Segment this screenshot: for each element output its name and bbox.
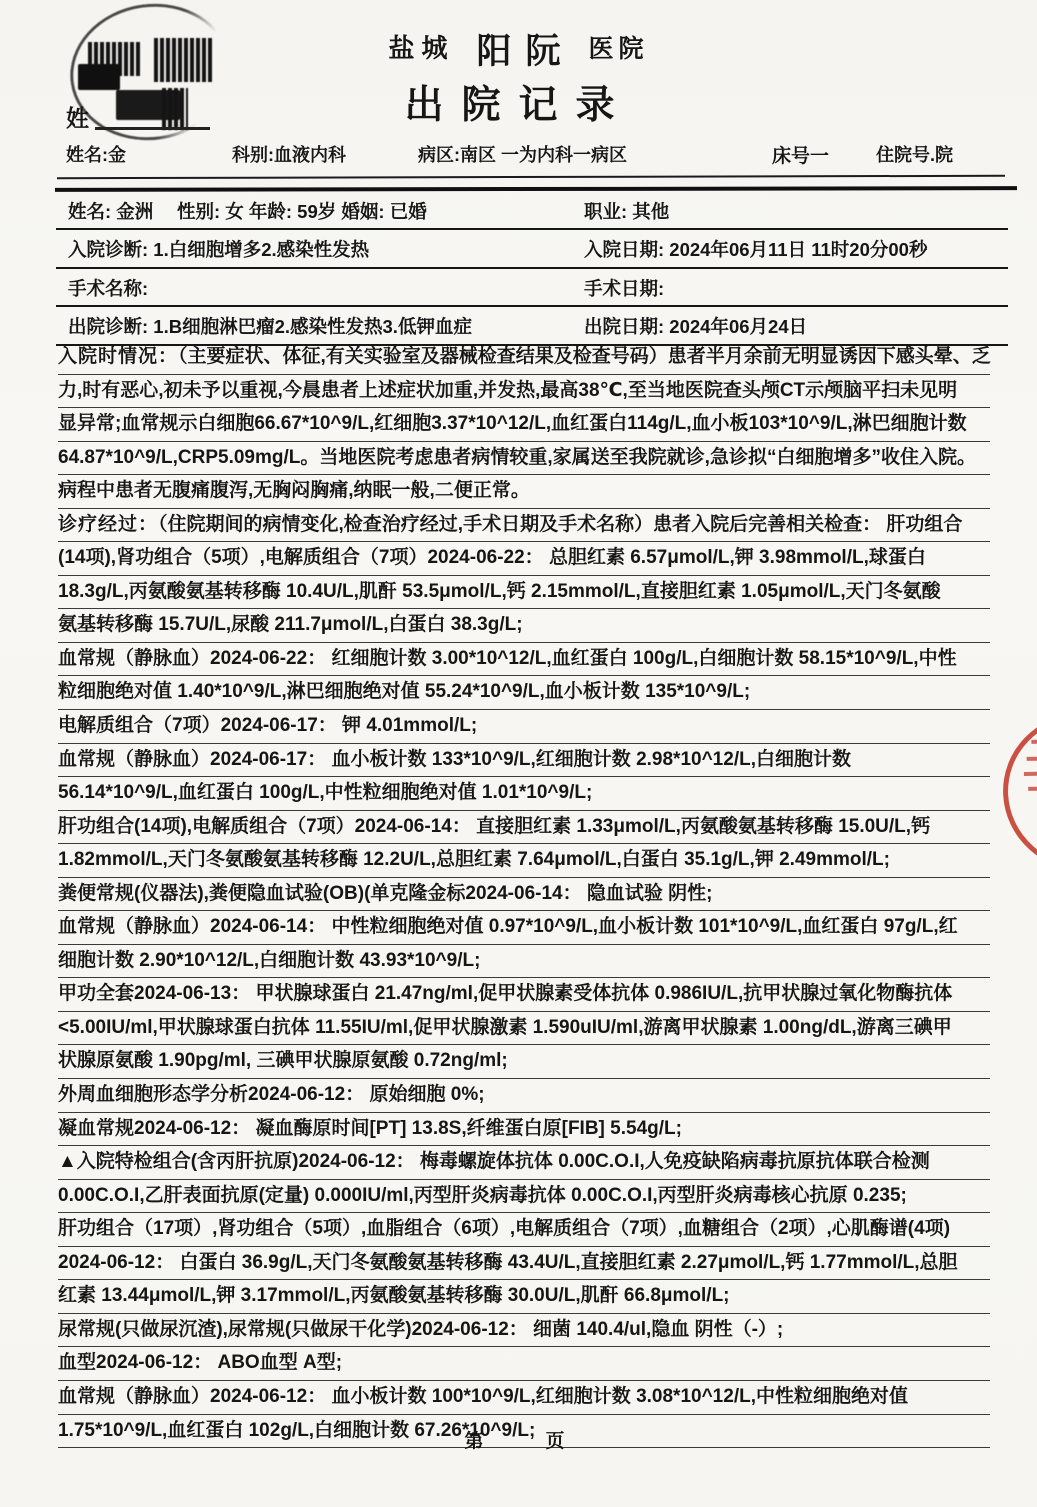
hospital-city: 盐城 [388, 33, 454, 63]
line-text: 显异常;血常规示白细胞66.67*10^9/L,红细胞3.37*10^12/L,… [58, 413, 967, 434]
line-text: 血常规（静脉血）2024-06-17： 血小板计数 133*10^9/L,红细胞… [58, 749, 851, 770]
line-text: 粒细胞绝对值 1.40*10^9/L,淋巴细胞绝对值 55.24*10^9/L,… [58, 681, 750, 702]
body-line: 1.82mmol/L,天门冬氨酸氨基转移酶 12.2U/L,总胆红素 7.64μ… [58, 844, 990, 878]
hospital-suffix: 医院 [589, 35, 649, 63]
hospital-middle: 阳阮 [476, 32, 574, 71]
body-line: 细胞计数 2.90*10^12/L,白细胞计数 43.93*10^9/L; [58, 945, 990, 979]
body-line: 0.00C.O.I,乙肝表面抗原(定量) 0.000IU/ml,丙型肝炎病毒抗体… [58, 1180, 990, 1214]
body-line: 氨基转移酶 15.7U/L,尿酸 211.7μmol/L,白蛋白 38.3g/L… [58, 609, 990, 643]
body-line: 凝血常规2024-06-12： 凝血酶原时间[PT] 13.8S,纤维蛋白原[F… [58, 1113, 990, 1147]
red-stamp-marks [1027, 756, 1037, 760]
patient-info-table: 姓名: 金洲 性别: 女 年龄: 59岁 婚姻: 已婚职业: 其他入院诊断: 1… [56, 192, 1008, 346]
table-cell-right: 入院日期: 2024年06月11日 11时20分00秒 [584, 236, 927, 262]
line-text: 力,时有恶心,初未予以重视,今晨患者上述症状加重,并发热,最高38℃,至当地医院… [58, 380, 957, 401]
body-line: <5.00IU/ml,甲状腺球蛋白抗体 11.55IU/ml,促甲状腺激素 1.… [58, 1012, 990, 1046]
line-text: 1.82mmol/L,天门冬氨酸氨基转移酶 12.2U/L,总胆红素 7.64μ… [58, 849, 890, 870]
discharge-record-page: 姓 盐城阳阮医院 出院记录 姓名:金 科别:血液内科 病区:南区 一为内科一病区… [0, 0, 1037, 1507]
body-line: 病程中患者无腹痛腹泻,无胸闷胸痛,纳眠一般,二便正常。 [58, 475, 990, 509]
line-text: 血常规（静脉血）2024-06-22： 红细胞计数 3.00*10^12/L,血… [58, 648, 957, 669]
body-line: 电解质组合（7项）2024-06-17： 钾 4.01mmol/L; [58, 710, 990, 744]
table-cell-left: 出院诊断: 1.B细胞淋巴瘤2.感染性发热3.低钾血症 [68, 313, 472, 339]
header-bed-field: 床号一 [772, 141, 829, 168]
body-line: 尿常规(只做尿沉渣),尿常规(只做尿干化学)2024-06-12： 细菌 140… [58, 1314, 990, 1348]
table-cell-right: 手术日期: [584, 275, 664, 301]
line-label: 入院时情况： [58, 346, 178, 367]
line-text: 血常规（静脉血）2024-06-14： 中性粒细胞绝对值 0.97*10^9/L… [58, 916, 958, 937]
body-line: 血常规（静脉血）2024-06-22： 红细胞计数 3.00*10^12/L,血… [58, 643, 990, 677]
line-text: 病程中患者无腹痛腹泻,无胸闷胸痛,纳眠一般,二便正常。 [58, 480, 530, 501]
line-text: 血型2024-06-12： ABO血型 A型; [58, 1352, 342, 1373]
line-text: 凝血常规2024-06-12： 凝血酶原时间[PT] 13.8S,纤维蛋白原[F… [58, 1118, 682, 1139]
header-ward-field: 病区:南区 一为内科一病区 [418, 141, 627, 167]
line-text: ▲入院特检组合(含丙肝抗原)2024-06-12： 梅毒螺旋体抗体 0.00C.… [58, 1151, 930, 1172]
body-line: 状腺原氨酸 1.90pg/ml, 三碘甲状腺原氨酸 0.72ng/ml; [58, 1045, 990, 1079]
body-line: 甲功全套2024-06-13： 甲状腺球蛋白 21.47ng/ml,促甲状腺素受… [58, 978, 990, 1012]
table-row: 手术名称:手术日期: [56, 269, 1008, 307]
body-line: 血常规（静脉血）2024-06-14： 中性粒细胞绝对值 0.97*10^9/L… [58, 911, 990, 945]
body-line: 诊疗经过：（住院期间的病情变化,检查治疗经过,手术日期及手术名称）患者入院后完善… [58, 509, 990, 543]
table-cell-right: 职业: 其他 [584, 198, 669, 224]
line-text: （主要症状、体征,有关实验室及器械检查结果及检查号码）患者半月余前无明显诱因下感… [178, 346, 991, 367]
divider-line-thick [55, 186, 1017, 192]
body-line: ▲入院特检组合(含丙肝抗原)2024-06-12： 梅毒螺旋体抗体 0.00C.… [58, 1146, 990, 1180]
page-title: 出院记录 [0, 74, 1037, 130]
line-text: 0.00C.O.I,乙肝表面抗原(定量) 0.000IU/ml,丙型肝炎病毒抗体… [58, 1185, 907, 1206]
page-number-footer: 第 页 [0, 1426, 1037, 1453]
line-text: 64.87*10^9/L,CRP5.09mg/L。当地医院考虑患者病情较重,家属… [58, 447, 976, 468]
line-text: 氨基转移酶 15.7U/L,尿酸 211.7μmol/L,白蛋白 38.3g/L… [58, 614, 523, 635]
body-line: 肝功组合（17项）,肾功组合（5项）,血脂组合（6项）,电解质组合（7项）,血糖… [58, 1213, 990, 1247]
line-text: (14项),肾功组合（5项）,电解质组合（7项）2024-06-22： 总胆红素… [58, 547, 926, 568]
body-line: 血常规（静脉血）2024-06-12： 血小板计数 100*10^9/L,红细胞… [58, 1381, 990, 1415]
line-text: （住院期间的病情变化,检查治疗经过,手术日期及手术名称）患者入院后完善相关检查：… [158, 514, 962, 535]
table-cell-left: 姓名: 金洲 性别: 女 年龄: 59岁 婚姻: 已婚 [68, 198, 427, 224]
table-cell-left: 入院诊断: 1.白细胞增多2.感染性发热 [68, 236, 369, 262]
line-text: 细胞计数 2.90*10^12/L,白细胞计数 43.93*10^9/L; [58, 950, 480, 971]
line-text: 血常规（静脉血）2024-06-12： 血小板计数 100*10^9/L,红细胞… [58, 1386, 908, 1407]
line-text: <5.00IU/ml,甲状腺球蛋白抗体 11.55IU/ml,促甲状腺激素 1.… [58, 1017, 952, 1038]
line-text: 甲功全套2024-06-13： 甲状腺球蛋白 21.47ng/ml,促甲状腺素受… [58, 983, 952, 1004]
line-text: 红素 13.44μmol/L,钾 3.17mmol/L,丙氨酸氨基转移酶 30.… [58, 1285, 730, 1306]
line-text: 电解质组合（7项）2024-06-17： 钾 4.01mmol/L; [58, 715, 477, 736]
table-cell-left: 手术名称: [68, 275, 148, 301]
line-text: 56.14*10^9/L,血红蛋白 100g/L,中性粒细胞绝对值 1.01*1… [58, 782, 592, 803]
body-line: (14项),肾功组合（5项）,电解质组合（7项）2024-06-22： 总胆红素… [58, 542, 990, 576]
body-line: 血型2024-06-12： ABO血型 A型; [58, 1347, 990, 1381]
body-line: 粪便常规(仪器法),粪便隐血试验(OB)(单克隆金标2024-06-14： 隐血… [58, 878, 990, 912]
body-line: 18.3g/L,丙氨酸氨基转移酶 10.4U/L,肌酐 53.5μmol/L,钙… [58, 576, 990, 610]
body-line: 64.87*10^9/L,CRP5.09mg/L。当地医院考虑患者病情较重,家属… [58, 442, 990, 476]
table-row: 入院诊断: 1.白细胞增多2.感染性发热入院日期: 2024年06月11日 11… [56, 230, 1008, 268]
body-line: 粒细胞绝对值 1.40*10^9/L,淋巴细胞绝对值 55.24*10^9/L,… [58, 676, 990, 710]
line-text: 外周血细胞形态学分析2024-06-12： 原始细胞 0%; [58, 1084, 485, 1105]
line-text: 肝功组合（17项）,肾功组合（5项）,血脂组合（6项）,电解质组合（7项）,血糖… [58, 1218, 950, 1239]
body-line: 显异常;血常规示白细胞66.67*10^9/L,红细胞3.37*10^12/L,… [58, 408, 990, 442]
line-text: 肝功组合(14项),电解质组合（7项）2024-06-14： 直接胆红素 1.3… [58, 816, 930, 837]
red-round-stamp [992, 701, 1037, 883]
line-text: 18.3g/L,丙氨酸氨基转移酶 10.4U/L,肌酐 53.5μmol/L,钙… [58, 581, 941, 602]
body-line: 入院时情况：（主要症状、体征,有关实验室及器械检查结果及检查号码）患者半月余前无… [58, 341, 990, 375]
table-cell-right: 出院日期: 2024年06月24日 [584, 313, 807, 339]
divider-line-thin [57, 175, 1005, 179]
line-label: 诊疗经过： [58, 514, 158, 535]
body-line: 血常规（静脉血）2024-06-17： 血小板计数 133*10^9/L,红细胞… [58, 744, 990, 778]
body-line: 外周血细胞形态学分析2024-06-12： 原始细胞 0%; [58, 1079, 990, 1113]
body-line: 力,时有恶心,初未予以重视,今晨患者上述症状加重,并发热,最高38℃,至当地医院… [58, 375, 990, 409]
header-admission-no-field: 住院号.院 [876, 141, 953, 167]
line-text: 粪便常规(仪器法),粪便隐血试验(OB)(单克隆金标2024-06-14： 隐血… [58, 883, 713, 904]
line-text: 尿常规(只做尿沉渣),尿常规(只做尿干化学)2024-06-12： 细菌 140… [58, 1319, 783, 1340]
line-text: 2024-06-12： 白蛋白 36.9g/L,天门冬氨酸氨基转移酶 43.4U… [58, 1252, 958, 1273]
hospital-name: 盐城阳阮医院 [0, 24, 1037, 74]
body-line: 红素 13.44μmol/L,钾 3.17mmol/L,丙氨酸氨基转移酶 30.… [58, 1280, 990, 1314]
line-text: 状腺原氨酸 1.90pg/ml, 三碘甲状腺原氨酸 0.72ng/ml; [58, 1050, 508, 1071]
body-line: 56.14*10^9/L,血红蛋白 100g/L,中性粒细胞绝对值 1.01*1… [58, 777, 990, 811]
body-line: 肝功组合(14项),电解质组合（7项）2024-06-14： 直接胆红素 1.3… [58, 811, 990, 845]
body-line: 2024-06-12： 白蛋白 36.9g/L,天门冬氨酸氨基转移酶 43.4U… [58, 1247, 990, 1281]
header-name-field: 姓名:金 [66, 141, 126, 167]
record-body: 入院时情况：（主要症状、体征,有关实验室及器械检查结果及检查号码）患者半月余前无… [58, 341, 990, 1448]
table-row: 出院诊断: 1.B细胞淋巴瘤2.感染性发热3.低钾血症出院日期: 2024年06… [56, 307, 1008, 345]
table-row: 姓名: 金洲 性别: 女 年龄: 59岁 婚姻: 已婚职业: 其他 [56, 192, 1008, 230]
header-department-field: 科别:血液内科 [232, 141, 346, 167]
